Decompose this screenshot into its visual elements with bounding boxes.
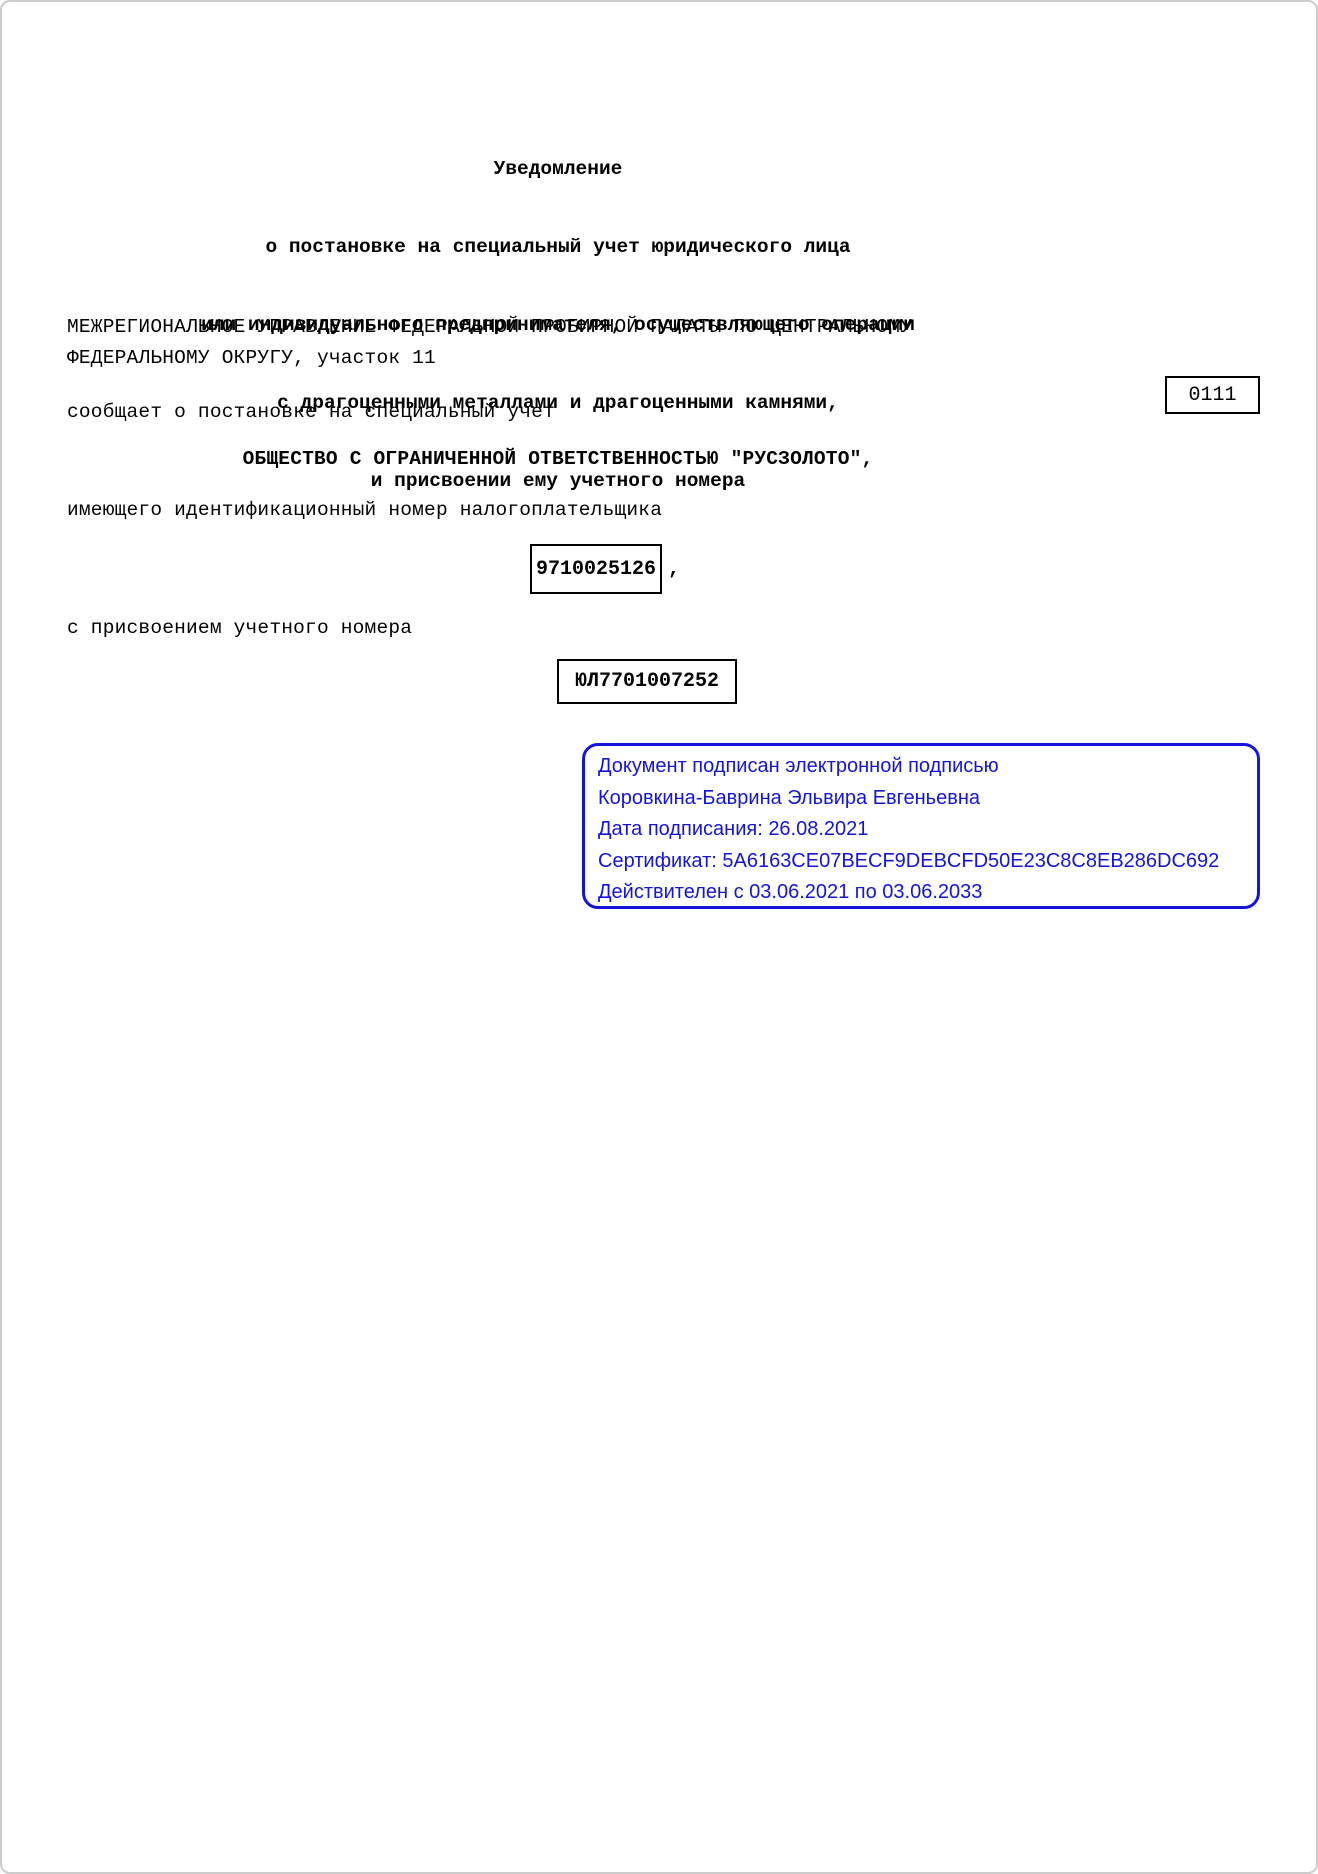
registration-number-box: ЮЛ7701007252	[557, 659, 737, 704]
company-name: ОБЩЕСТВО С ОГРАНИЧЕННОЙ ОТВЕТСТВЕННОСТЬЮ…	[58, 448, 1058, 471]
doc-title-line: Уведомление	[58, 156, 1058, 182]
doc-title-line: и присвоении ему учетного номера	[58, 468, 1058, 494]
stamp-certificate: Сертификат: 5A6163CE07BECF9DEBCFD50E23C8…	[598, 846, 1243, 878]
stamp-signer-name: Коровкина-Баврина Эльвира Евгеньевна	[598, 783, 1243, 815]
form-code-box: 0111	[1165, 376, 1260, 414]
doc-title-line: о постановке на специальный учет юридиче…	[58, 234, 1058, 260]
registration-number-value: ЮЛ7701007252	[575, 670, 719, 693]
inn-suffix-comma: ,	[668, 558, 680, 581]
statement-line: сообщает о постановке на специальный уче…	[67, 401, 555, 424]
document-page: Уведомление о постановке на специальный …	[0, 0, 1318, 1874]
inn-value: 9710025126	[536, 558, 656, 581]
inn-box: 9710025126	[530, 544, 662, 594]
stamp-signed-line: Документ подписан электронной подписью	[598, 751, 1243, 783]
authority-name-line1: МЕЖРЕГИОНАЛЬНОЕ УПРАВЛЕНИЕ ФЕДЕРАЛЬНОЙ П…	[67, 316, 912, 339]
authority-name-line2: ФЕДЕРАЛЬНОМУ ОКРУГУ, участок 11	[67, 347, 436, 370]
stamp-validity: Действителен с 03.06.2021 по 03.06.2033	[598, 877, 1243, 909]
inn-label: имеющего идентификационный номер налогоп…	[67, 499, 662, 522]
stamp-signing-date: Дата подписания: 26.08.2021	[598, 814, 1243, 846]
electronic-signature-stamp: Документ подписан электронной подписью К…	[582, 743, 1260, 909]
registration-number-label: с присвоением учетного номера	[67, 617, 412, 640]
form-code-value: 0111	[1188, 384, 1236, 407]
